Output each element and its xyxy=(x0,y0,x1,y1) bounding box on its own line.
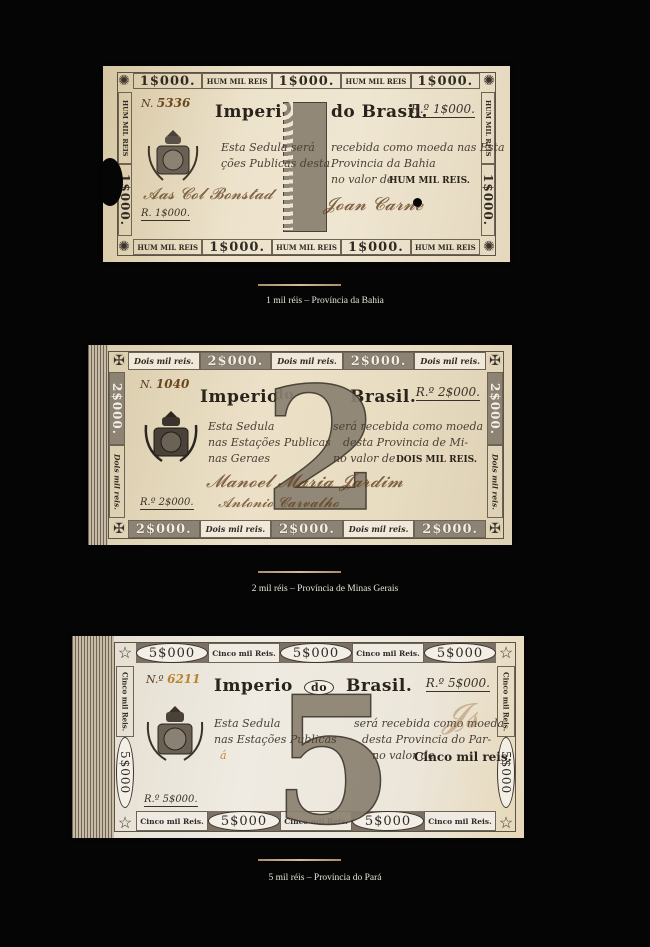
band-numeral: 2$000. xyxy=(414,520,486,538)
amount-in-words: DOIS MIL REIS. xyxy=(396,455,477,465)
corner-ornament-icon: ✺ xyxy=(115,238,133,256)
band-numeral: 2$000. xyxy=(109,372,125,445)
band-words: Dois mil reis. xyxy=(487,445,503,518)
right-band: HUM MIL REIS 1$000. xyxy=(481,92,495,236)
value-reference: R.º 5$000. xyxy=(144,794,198,807)
title-do: do xyxy=(304,680,334,695)
text-line: Provincia da Bahia xyxy=(331,156,436,172)
banknote-1-mil-reis-bahia: 1$000. HUM MIL REIS 1$000. HUM MIL REIS … xyxy=(103,66,510,262)
caption-rule xyxy=(258,284,341,286)
band-numeral: 1$000. xyxy=(481,164,495,236)
band-words: Cinco mil Reis. xyxy=(424,811,496,831)
imperial-crest-icon xyxy=(142,702,208,774)
text-line: no valor de xyxy=(333,451,395,467)
band-numeral: 1$000. xyxy=(272,73,341,89)
amount-in-words: Cinco mil reis. xyxy=(414,750,512,764)
caption-rule xyxy=(258,571,341,573)
band-numeral: 5$000 xyxy=(116,737,134,808)
band-words: Cinco mil Reis. xyxy=(116,666,134,737)
band-words: HUM MIL REIS xyxy=(341,73,410,89)
left-band: HUM MIL REIS 1$000. xyxy=(118,92,132,236)
text-line: nas Estações Publicas xyxy=(208,435,331,451)
handwritten-signature: 𝓜𝓪𝓷𝓸𝓮𝓵 𝓜𝓪𝓻𝓲𝓪 𝓙𝓪𝓻𝓭𝓲𝓶 xyxy=(206,471,403,492)
band-numeral: 1$000. xyxy=(133,73,202,89)
handwritten-signature: 𝓙𝓼 xyxy=(442,696,479,736)
band-words: Cinco mil Reis. xyxy=(208,643,280,663)
band-numeral: 1$000. xyxy=(341,239,410,255)
star-corner-icon: ☆ xyxy=(116,643,134,661)
top-band: 1$000. HUM MIL REIS 1$000. HUM MIL REIS … xyxy=(133,73,480,89)
text-line: desta Provincia de Mi- xyxy=(343,435,468,451)
ink-blot xyxy=(413,198,422,207)
text-line: Esta Sedula xyxy=(214,716,280,732)
handwritten-signature: 𝓐𝓷𝓽𝓸𝓷𝓲𝓸 𝓒𝓪𝓻𝓿𝓪𝓵𝓱𝓸 xyxy=(218,495,339,511)
band-words: HUM MIL REIS xyxy=(118,92,132,164)
right-band: 2$000. Dois mil reis. xyxy=(487,372,503,518)
band-numeral: 2$000. xyxy=(487,372,503,445)
caption-5-mil-reis: 5 mil réis – Província do Pará xyxy=(0,873,650,883)
value-reference: R.º 2$000. xyxy=(140,497,194,510)
serial-number: N. 1040 xyxy=(140,377,189,391)
star-corner-icon: ☆ xyxy=(497,813,515,831)
band-numeral: 5$000 xyxy=(208,811,280,831)
band-words: HUM MIL REIS xyxy=(202,73,271,89)
band-words: Dois mil reis. xyxy=(128,352,200,370)
caption-2-mil-reis: 2 mil réis – Província de Minas Gerais xyxy=(0,584,650,594)
amount-in-words: HUM MIL REIS. xyxy=(389,176,470,186)
imperial-crest-icon xyxy=(143,126,203,192)
caption-1-mil-reis: 1 mil réis – Província da Bahia xyxy=(0,296,650,306)
corner-ornament-icon: ✺ xyxy=(480,72,498,90)
text-line: recebida como moeda nas Esta xyxy=(331,140,505,156)
band-numeral: 5$000 xyxy=(136,643,208,663)
left-guilloche-stub xyxy=(72,636,114,838)
banknote-5-mil-reis-para: 5$000 Cinco mil Reis. 5$000 Cinco mil Re… xyxy=(72,636,524,838)
band-words: HUM MIL REIS xyxy=(411,239,480,255)
corner-ornament-icon: ✠ xyxy=(110,520,128,538)
left-guilloche-stub xyxy=(88,345,108,545)
value-reference: R.º 1$000. xyxy=(411,102,475,118)
text-line: á xyxy=(220,748,227,764)
band-words: HUM MIL REIS xyxy=(133,239,202,255)
band-numeral: 1$000. xyxy=(202,239,271,255)
band-words: Dois mil reis. xyxy=(200,520,272,538)
caption-rule xyxy=(258,859,341,861)
right-band: Cinco mil Reis. 5$000 xyxy=(497,666,515,808)
banknote-2-mil-reis-minas-gerais: Dois mil reis. 2$000. Dois mil reis. 2$0… xyxy=(88,345,512,545)
text-line: Esta Sedula xyxy=(208,419,274,435)
serial-number: N.º 6211 xyxy=(146,672,201,686)
band-numeral: 2$000. xyxy=(128,520,200,538)
value-reference: R.º 2$000. xyxy=(416,385,480,401)
band-numeral: 5$000 xyxy=(497,737,515,808)
corner-ornament-icon: ✠ xyxy=(486,520,504,538)
band-words: Dois mil reis. xyxy=(414,352,486,370)
corner-ornament-icon: ✠ xyxy=(486,352,504,370)
text-line: ções Publicas desta xyxy=(221,156,330,172)
band-numeral: 5$000 xyxy=(424,643,496,663)
left-band: 2$000. Dois mil reis. xyxy=(109,372,125,518)
band-numeral: 2$000. xyxy=(200,352,272,370)
value-reference: R. 1$000. xyxy=(141,208,190,221)
band-words: Cinco mil Reis. xyxy=(136,811,208,831)
handwritten-signature: 𝓐𝓪𝓼 𝓒𝓸𝓵 𝓑𝓸𝓷𝓼𝓽𝓪𝓭 xyxy=(143,184,273,204)
star-corner-icon: ☆ xyxy=(497,643,515,661)
bottom-band: HUM MIL REIS 1$000. HUM MIL REIS 1$000. … xyxy=(133,239,480,255)
text-line: Esta Sedula será xyxy=(221,140,315,156)
star-corner-icon: ☆ xyxy=(116,813,134,831)
band-words: Dois mil reis. xyxy=(109,445,125,518)
text-line: será recebida como moeda xyxy=(333,419,483,435)
handwritten-signature: 𝓙𝓸𝓪𝓷 𝓒𝓪𝓻𝓷𝓮 xyxy=(323,194,423,215)
band-numeral: 1$000. xyxy=(411,73,480,89)
band-words: HUM MIL REIS xyxy=(272,239,341,255)
text-line: no valor de xyxy=(331,172,393,188)
corner-ornament-icon: ✠ xyxy=(110,352,128,370)
text-line: será recebida como moeda xyxy=(354,716,504,732)
imperial-crest-icon xyxy=(140,407,202,475)
left-band: Cinco mil Reis. 5$000 xyxy=(116,666,134,808)
text-line: nas Estações Publicas xyxy=(214,732,337,748)
value-reference: R.º 5$000. xyxy=(426,676,490,692)
text-line: nas Geraes xyxy=(208,451,270,467)
corner-ornament-icon: ✺ xyxy=(115,72,133,90)
serial-number: N. 5336 xyxy=(141,96,190,110)
corner-ornament-icon: ✺ xyxy=(480,238,498,256)
